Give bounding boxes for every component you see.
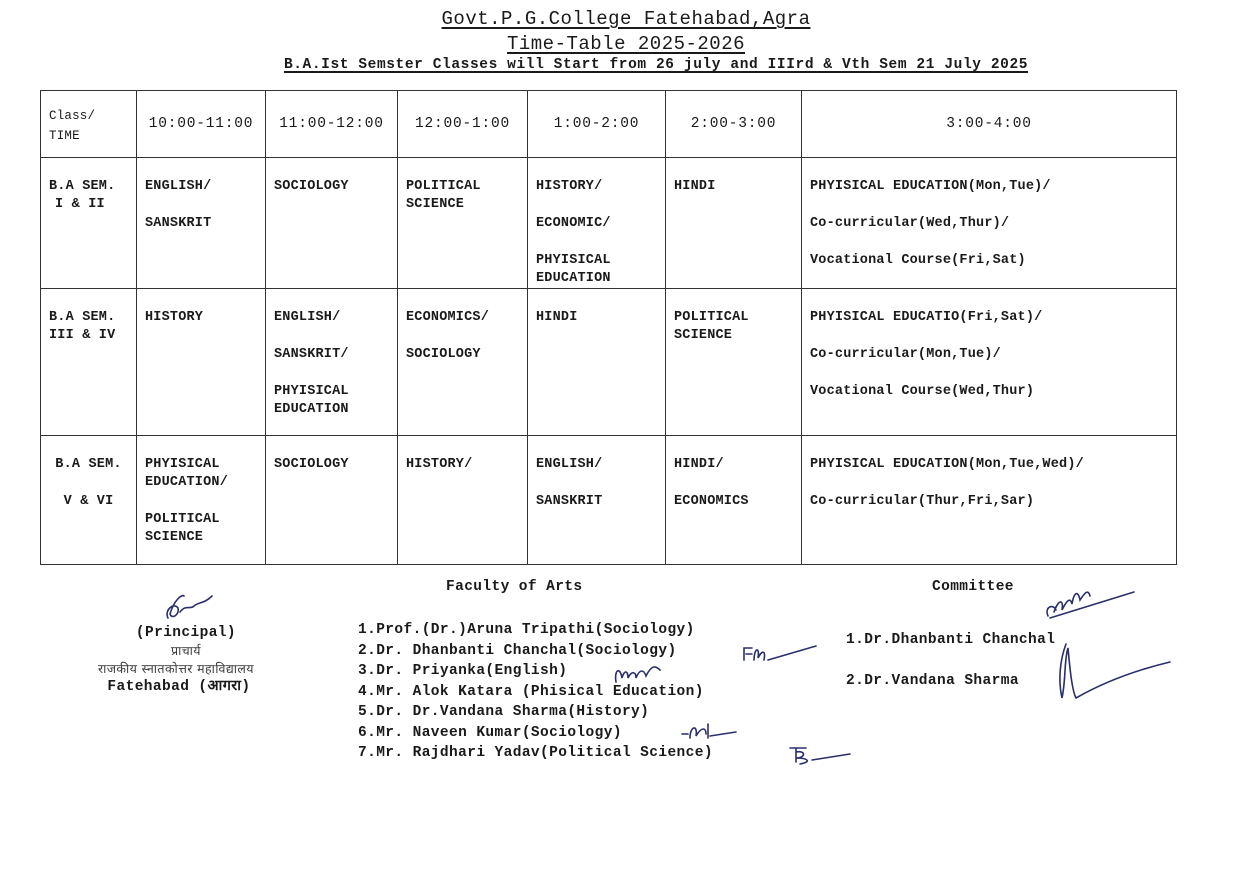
timetable-row-sem-3-4: B.A SEM. III & IV HISTORY ENGLISH/ SANSK… — [41, 289, 1177, 436]
subject-cell: ECONOMICS/ SOCIOLOGY — [398, 289, 528, 436]
activity-cell: PHYISICAL EDUCATIO(Fri,Sat)/ Co-curricul… — [802, 289, 1177, 436]
subject-text: SANSKRIT/ — [274, 346, 397, 364]
time-slot-header: 2:00-3:00 — [666, 91, 802, 158]
subject-text: HINDI — [536, 309, 665, 327]
faculty-signature-3-icon — [612, 660, 672, 684]
activity-text: Co-curricular(Wed,Thur)/ — [810, 215, 1176, 233]
faculty-member: 7.Mr. Rajdhari Yadav(Political Science) — [358, 743, 713, 764]
class-cell: B.A SEM. III & IV — [41, 289, 137, 436]
principal-stamp-line: राजकीय स्नातकोत्तर महाविद्यालय — [98, 660, 254, 678]
subject-cell: HISTORY/ — [398, 436, 528, 565]
class-cell: B.A SEM. I & II — [41, 158, 137, 289]
class-cell: B.A SEM. V & VI — [41, 436, 137, 565]
subject-text: HISTORY — [145, 309, 265, 327]
subject-cell: HINDI — [666, 158, 802, 289]
class-label: B.A SEM. — [41, 456, 136, 474]
faculty-member: 5.Dr. Dr.Vandana Sharma(History) — [358, 702, 713, 723]
time-slot-header: 11:00-12:00 — [266, 91, 398, 158]
committee-signature-2-icon — [1050, 640, 1180, 704]
corner-header-cell: Class/ TIME — [41, 91, 137, 158]
subject-cell: ENGLISH/ SANSKRIT — [137, 158, 266, 289]
subject-cell: HINDI — [528, 289, 666, 436]
class-label: B.A SEM. — [49, 309, 136, 327]
subject-text: SANSKRIT — [536, 493, 665, 511]
subject-cell: PHYISICAL EDUCATION/ POLITICAL SCIENCE — [137, 436, 266, 565]
subject-cell: ENGLISH/ SANSKRIT/ PHYISICAL EDUCATION — [266, 289, 398, 436]
class-sem-label: I & II — [49, 196, 136, 214]
subject-text: SOCIOLOGY — [406, 346, 527, 364]
timetable: Class/ TIME 10:00-11:00 11:00-12:00 12:0… — [40, 90, 1177, 565]
faculty-signature-7-icon — [786, 742, 856, 766]
activity-cell: PHYISICAL EDUCATION(Mon,Tue,Wed)/ Co-cur… — [802, 436, 1177, 565]
subject-text: POLITICAL — [406, 178, 527, 196]
subject-text: ENGLISH/ — [145, 178, 265, 196]
committee-signature-1-icon — [1040, 582, 1140, 622]
subject-cell: SOCIOLOGY — [266, 158, 398, 289]
time-slot-header: 10:00-11:00 — [137, 91, 266, 158]
principal-stamp-line: प्राचार्य — [118, 642, 254, 660]
subject-cell: ENGLISH/ SANSKRIT — [528, 436, 666, 565]
committee-title: Committee — [932, 579, 1014, 595]
principal-label: (Principal) — [118, 624, 254, 642]
subject-text: ENGLISH/ — [274, 309, 397, 327]
principal-stamp-line: Fatehabad (आगरा) — [104, 678, 254, 696]
timetable-row-sem-5-6: B.A SEM. V & VI PHYISICAL EDUCATION/ POL… — [41, 436, 1177, 565]
subject-text: ECONOMICS — [674, 493, 801, 511]
subject-cell: HINDI/ ECONOMICS — [666, 436, 802, 565]
activity-text: Vocational Course(Fri,Sat) — [810, 252, 1176, 270]
committee-member: 1.Dr.Dhanbanti Chanchal — [846, 620, 1055, 661]
subject-text: EDUCATION — [274, 401, 397, 419]
faculty-member: 2.Dr. Dhanbanti Chanchal(Sociology) — [358, 641, 713, 662]
activity-text: Co-curricular(Mon,Tue)/ — [810, 346, 1176, 364]
principal-signature-icon — [160, 590, 220, 624]
activity-text: Co-curricular(Thur,Fri,Sar) — [810, 493, 1176, 511]
class-sem-label: III & IV — [49, 327, 136, 345]
subject-cell: POLITICAL SCIENCE — [398, 158, 528, 289]
subject-text: ENGLISH/ — [536, 456, 665, 474]
committee-list: 1.Dr.Dhanbanti Chanchal 2.Dr.Vandana Sha… — [846, 620, 1055, 702]
timetable-title: Time-Table 2025-2026 — [0, 33, 1252, 55]
subject-text: SCIENCE — [145, 529, 265, 547]
committee-member: 2.Dr.Vandana Sharma — [846, 661, 1055, 702]
time-slot-header: 1:00-2:00 — [528, 91, 666, 158]
activity-text: Vocational Course(Wed,Thur) — [810, 383, 1176, 401]
subject-text: EDUCATION/ — [145, 474, 265, 492]
faculty-member: 4.Mr. Alok Katara (Phisical Education) — [358, 682, 713, 703]
class-label: B.A SEM. — [49, 178, 136, 196]
activity-text: PHYISICAL EDUCATIO(Fri,Sat)/ — [810, 309, 1176, 327]
faculty-signature-2-icon — [740, 640, 820, 666]
timetable-header-row: Class/ TIME 10:00-11:00 11:00-12:00 12:0… — [41, 91, 1177, 158]
college-name: Govt.P.G.College Fatehabad,Agra — [0, 8, 1252, 30]
subject-text: HISTORY/ — [406, 456, 527, 474]
faculty-signature-6-icon — [680, 720, 740, 742]
subject-text: POLITICAL — [674, 309, 801, 327]
faculty-member: 1.Prof.(Dr.)Aruna Tripathi(Sociology) — [358, 620, 713, 641]
subject-text: HINDI — [674, 178, 801, 196]
time-slot-header: 3:00-4:00 — [802, 91, 1177, 158]
activity-text: PHYISICAL EDUCATION(Mon,Tue,Wed)/ — [810, 456, 1176, 474]
timetable-row-sem-1-2: B.A SEM. I & II ENGLISH/ SANSKRIT SOCIOL… — [41, 158, 1177, 289]
subject-text: SOCIOLOGY — [274, 456, 397, 474]
corner-label-class: Class/ — [49, 106, 136, 126]
subject-text: SCIENCE — [406, 196, 527, 214]
subject-text: SOCIOLOGY — [274, 178, 397, 196]
corner-label-time: TIME — [49, 126, 136, 146]
class-sem-label: V & VI — [41, 493, 136, 511]
faculty-list: 1.Prof.(Dr.)Aruna Tripathi(Sociology) 2.… — [358, 620, 713, 764]
faculty-title: Faculty of Arts — [446, 579, 583, 595]
activity-cell: PHYISICAL EDUCATION(Mon,Tue)/ Co-curricu… — [802, 158, 1177, 289]
activity-text: PHYISICAL EDUCATION(Mon,Tue)/ — [810, 178, 1176, 196]
subject-text: PHYISICAL — [274, 383, 397, 401]
subject-text: POLITICAL — [145, 511, 265, 529]
subject-text: HINDI/ — [674, 456, 801, 474]
principal-block: (Principal) प्राचार्य राजकीय स्नातकोत्तर… — [118, 624, 254, 696]
time-slot-header: 12:00-1:00 — [398, 91, 528, 158]
subject-text: SCIENCE — [674, 327, 801, 345]
subject-cell: POLITICAL SCIENCE — [666, 289, 802, 436]
subject-text: PHYISICAL — [145, 456, 265, 474]
subject-text: SANSKRIT — [145, 215, 265, 233]
faculty-member: 6.Mr. Naveen Kumar(Sociology) — [358, 723, 713, 744]
subject-text: ECONOMIC/ — [536, 215, 665, 233]
subject-text: EDUCATION — [536, 270, 665, 288]
subject-cell: HISTORY — [137, 289, 266, 436]
subject-text: HISTORY/ — [536, 178, 665, 196]
subject-text: ECONOMICS/ — [406, 309, 527, 327]
subject-cell: SOCIOLOGY — [266, 436, 398, 565]
start-date-notice: B.A.Ist Semster Classes will Start from … — [30, 57, 1252, 73]
subject-cell: HISTORY/ ECONOMIC/ PHYISICAL EDUCATION — [528, 158, 666, 289]
subject-text: PHYISICAL — [536, 252, 665, 270]
